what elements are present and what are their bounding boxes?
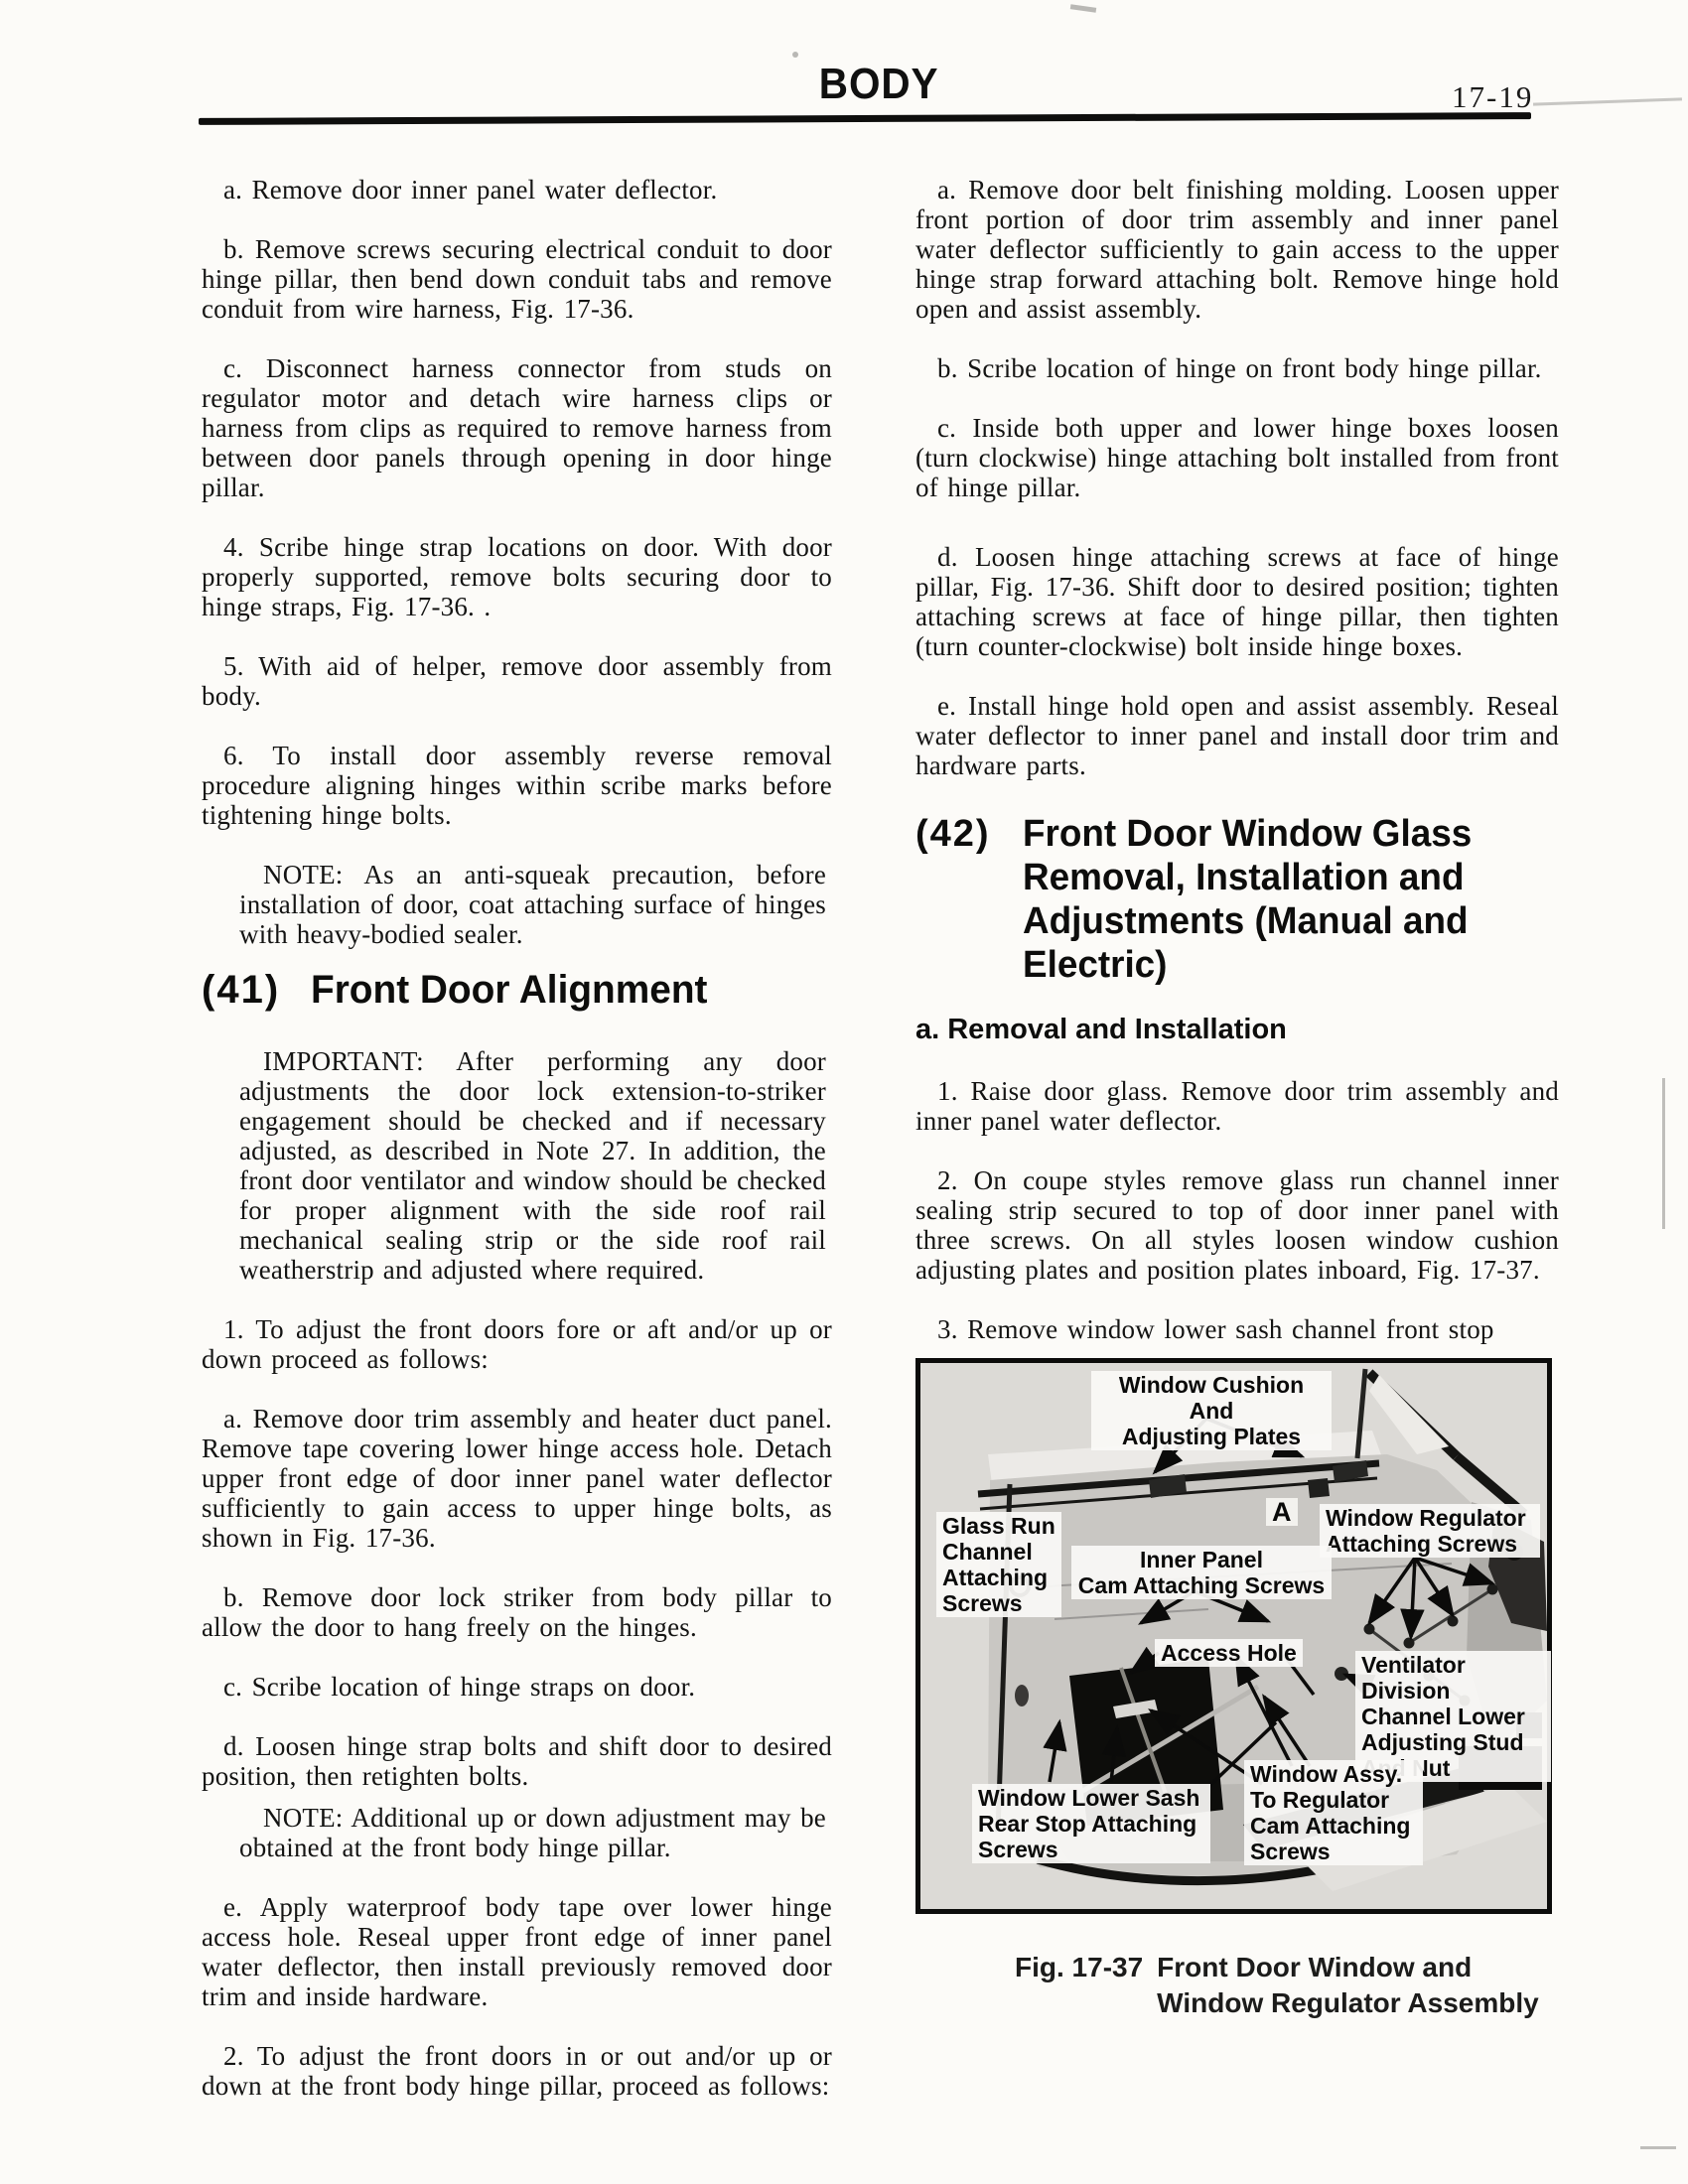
paragraph-4: 4. Scribe hinge strap locations on door.… [202, 532, 832, 621]
paragraph-1b: b. Remove door lock striker from body pi… [202, 1582, 832, 1642]
paragraph-c: c. Inside both upper and lower hinge box… [915, 413, 1559, 502]
page-number: 17-19 [1452, 79, 1533, 115]
note-block: NOTE: As an anti-squeak precaution, befo… [239, 860, 826, 949]
section-41-heading: (41) Front Door Alignment [202, 967, 832, 1013]
figure-17-37: Window Cushion And Adjusting Plates Glas… [915, 1358, 1552, 1914]
header-rule [199, 112, 1531, 125]
paragraph-d: d. Loosen hinge attaching screws at face… [915, 542, 1559, 661]
section-42-heading: (42) Front Door Window Glass Removal, In… [915, 812, 1559, 987]
paragraph-1: 1. To adjust the front doors fore or aft… [202, 1314, 832, 1374]
paragraph-3: 3. Remove window lower sash channel fron… [915, 1314, 1559, 1344]
paragraph-1d: d. Loosen hinge strap bolts and shift do… [202, 1731, 832, 1791]
left-column: a. Remove door inner panel water deflect… [202, 175, 832, 2101]
paragraph-a: a. Remove door inner panel water deflect… [202, 175, 832, 205]
scan-artifact [792, 52, 798, 58]
section-number: (42) [915, 812, 1023, 987]
scan-artifact [1640, 2146, 1676, 2149]
scan-artifact [1533, 97, 1682, 105]
paragraph-c: c. Disconnect harness connector from stu… [202, 353, 832, 502]
scan-artifact [1070, 4, 1096, 13]
page-title: BODY [819, 60, 928, 109]
subsection-a-heading: a. Removal and Installation [915, 1013, 1559, 1046]
figure-label-window-cushion: Window Cushion And Adjusting Plates [1091, 1371, 1332, 1450]
figure-label-window-regulator: Window Regulator Attaching Screws [1320, 1504, 1540, 1558]
paragraph-2: 2. To adjust the front doors in or out a… [202, 2041, 832, 2101]
paragraph-1a: a. Remove door trim assembly and heater … [202, 1404, 832, 1553]
figure-label-marker-a: A [1266, 1498, 1298, 1526]
figure-caption-number: Fig. 17-37 [1015, 1950, 1143, 2021]
paragraph-b: b. Remove screws securing electrical con… [202, 234, 832, 324]
scan-artifact [1662, 1078, 1665, 1229]
paragraph-1e: e. Apply waterproof body tape over lower… [202, 1892, 832, 2011]
paragraph-e: e. Install hinge hold open and assist as… [915, 691, 1559, 780]
paragraph-6: 6. To install door assembly reverse remo… [202, 741, 832, 830]
figure-label-inner-panel-cam: Inner Panel Cam Attaching Screws [1071, 1546, 1332, 1599]
paragraph-a: a. Remove door belt finishing molding. L… [915, 175, 1559, 324]
figure-label-window-assy: Window Assy. To Regulator Cam Attaching … [1244, 1760, 1423, 1865]
section-number: (41) [202, 967, 311, 1013]
paragraph-b: b. Scribe location of hinge on front bod… [915, 353, 1559, 383]
paragraph-1: 1. Raise door glass. Remove door trim as… [915, 1076, 1559, 1136]
figure-caption-text: Front Door Window and Window Regulator A… [1157, 1950, 1539, 2021]
paragraph-1c: c. Scribe location of hinge straps on do… [202, 1672, 832, 1702]
figure-label-access-hole: Access Hole [1155, 1639, 1303, 1667]
note-block: NOTE: Additional up or down adjustment m… [239, 1803, 826, 1862]
figure-caption: Fig. 17-37 Front Door Window and Window … [915, 1950, 1559, 2021]
right-column: a. Remove door belt finishing molding. L… [915, 175, 1559, 2021]
figure-label-glass-run: Glass Run Channel Attaching Screws [936, 1512, 1061, 1617]
manual-page: BODY 17-19 a. Remove door inner panel wa… [0, 0, 1688, 2184]
paragraph-5: 5. With aid of helper, remove door assem… [202, 651, 832, 711]
figure-label-window-lower-sash: Window Lower Sash Rear Stop Attaching Sc… [972, 1784, 1210, 1863]
section-title: Front Door Window Glass Removal, Install… [1023, 812, 1472, 987]
paragraph-2: 2. On coupe styles remove glass run chan… [915, 1165, 1559, 1285]
important-block: IMPORTANT: After performing any door adj… [239, 1046, 826, 1285]
section-title: Front Door Alignment [311, 967, 707, 1013]
